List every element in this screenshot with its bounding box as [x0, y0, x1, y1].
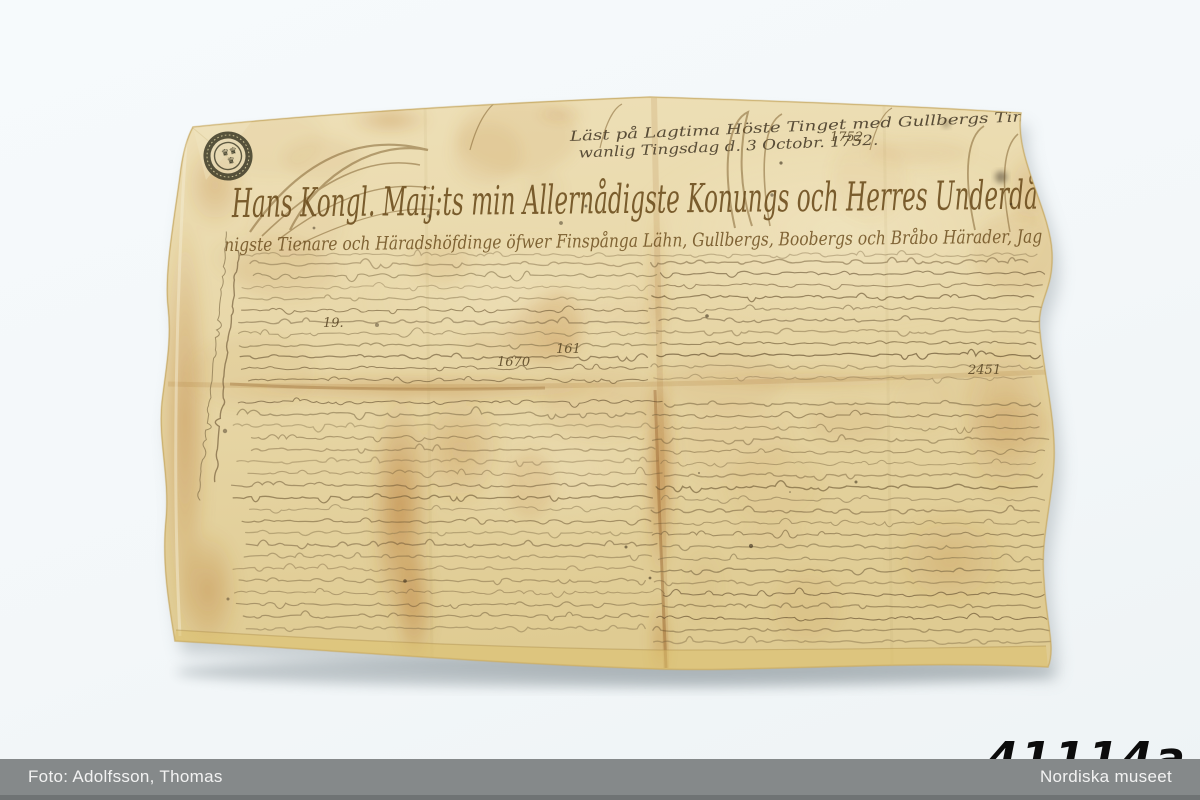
numeral-fragment: 19.	[323, 316, 344, 331]
museum-photo-stage: ♛ ♛ ♛ Läst på Lagtima Höste Tinget med G…	[0, 0, 1200, 800]
numeral-fragment: 1670	[497, 355, 530, 370]
numeral-fragment: 161	[556, 342, 581, 357]
museum-name-text: Nordiska museet	[1040, 767, 1172, 787]
numeral-fragment: 2451	[967, 363, 1001, 378]
manuscript-photo: ♛ ♛ ♛ Läst på Lagtima Höste Tinget med G…	[0, 0, 1200, 800]
numeral-fragment: 1752	[830, 130, 863, 145]
credit-bar: Foto: Adolfsson, Thomas Nordiska museet	[0, 759, 1200, 800]
document-heading: Hans Kongl. Maij:ts min Allernådigste Ko…	[224, 173, 1043, 257]
credit-bar-bottom-edge	[0, 795, 1200, 800]
photo-credit-text: Foto: Adolfsson, Thomas	[28, 767, 223, 787]
heading-line-1: Hans Kongl. Maij:ts min Allernådigste Ko…	[231, 173, 1038, 227]
